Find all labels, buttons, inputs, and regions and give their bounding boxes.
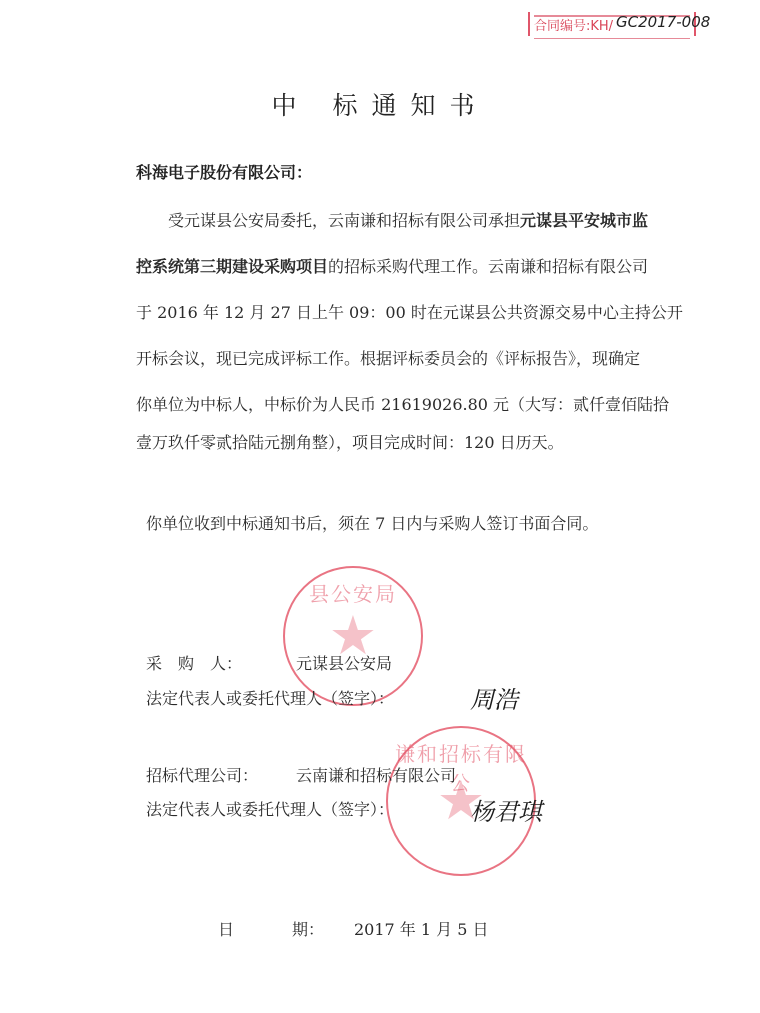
project-name-part2: 控系统第三期建设采购项目 — [136, 257, 328, 276]
title-first-char: 中 — [271, 91, 310, 120]
purchaser-signature: 周浩 — [470, 680, 518, 715]
document-title: 中标通知书 — [0, 86, 760, 122]
body-line-2: 控系统第三期建设采购项目的招标采购代理工作。云南谦和招标有限公司 — [136, 254, 648, 277]
body-line-4: 开标会议，现已完成评标工作。根据评标委员会的《评标报告》，现确定 — [136, 346, 640, 369]
date-label-b: 期： — [292, 917, 324, 940]
agency-signature: 杨君琪 — [470, 792, 542, 827]
body-line-2-text: 的招标采购代理工作。云南谦和招标有限公司 — [328, 257, 648, 276]
date-label-a: 日 — [218, 917, 234, 940]
purchaser-seal: 县公安局 ★ — [283, 566, 423, 706]
agency-rep-label: 法定代表人或委托代理人（签字）： — [146, 797, 394, 820]
project-name-part1: 元谋县平安城市监 — [520, 211, 648, 230]
addressee: 科海电子股份有限公司： — [136, 160, 312, 183]
body-line-1-text: 受元谋县公安局委托，云南谦和招标有限公司承担 — [168, 211, 520, 230]
body-line-6: 壹万玖仟零贰拾陆元捌角整），项目完成时间：120 日历天。 — [136, 430, 564, 453]
body-line-5: 你单位为中标人，中标价为人民币 21619026.80 元（大写：贰仟壹佰陆拾 — [136, 392, 669, 415]
purchaser-seal-text: 县公安局 — [285, 578, 421, 607]
contract-number-value: GC2017-008 — [616, 13, 710, 31]
purchaser-label: 采 购 人： — [146, 651, 242, 674]
body-line-1: 受元谋县公安局委托，云南谦和招标有限公司承担元谋县平安城市监 — [168, 208, 648, 231]
agency-label: 招标代理公司： — [146, 763, 258, 786]
contract-number-stamp: 合同编号:KH/ GC2017-008 — [528, 12, 696, 36]
purchaser-value: 元谋县公安局 — [296, 651, 392, 674]
body-line-3: 于 2016 年 12 月 27 日上午 09：00 时在元谋县公共资源交易中心… — [136, 300, 683, 323]
agency-value: 云南谦和招标有限公司 — [296, 763, 456, 786]
contract-notice: 你单位收到中标通知书后，须在 7 日内与采购人签订书面合同。 — [146, 511, 598, 534]
purchaser-rep-label: 法定代表人或委托代理人（签字）： — [146, 686, 394, 709]
date-value: 2017 年 1 月 5 日 — [354, 917, 489, 940]
contract-number-label: 合同编号:KH/ — [534, 15, 613, 34]
title-rest: 标通知书 — [333, 91, 489, 120]
